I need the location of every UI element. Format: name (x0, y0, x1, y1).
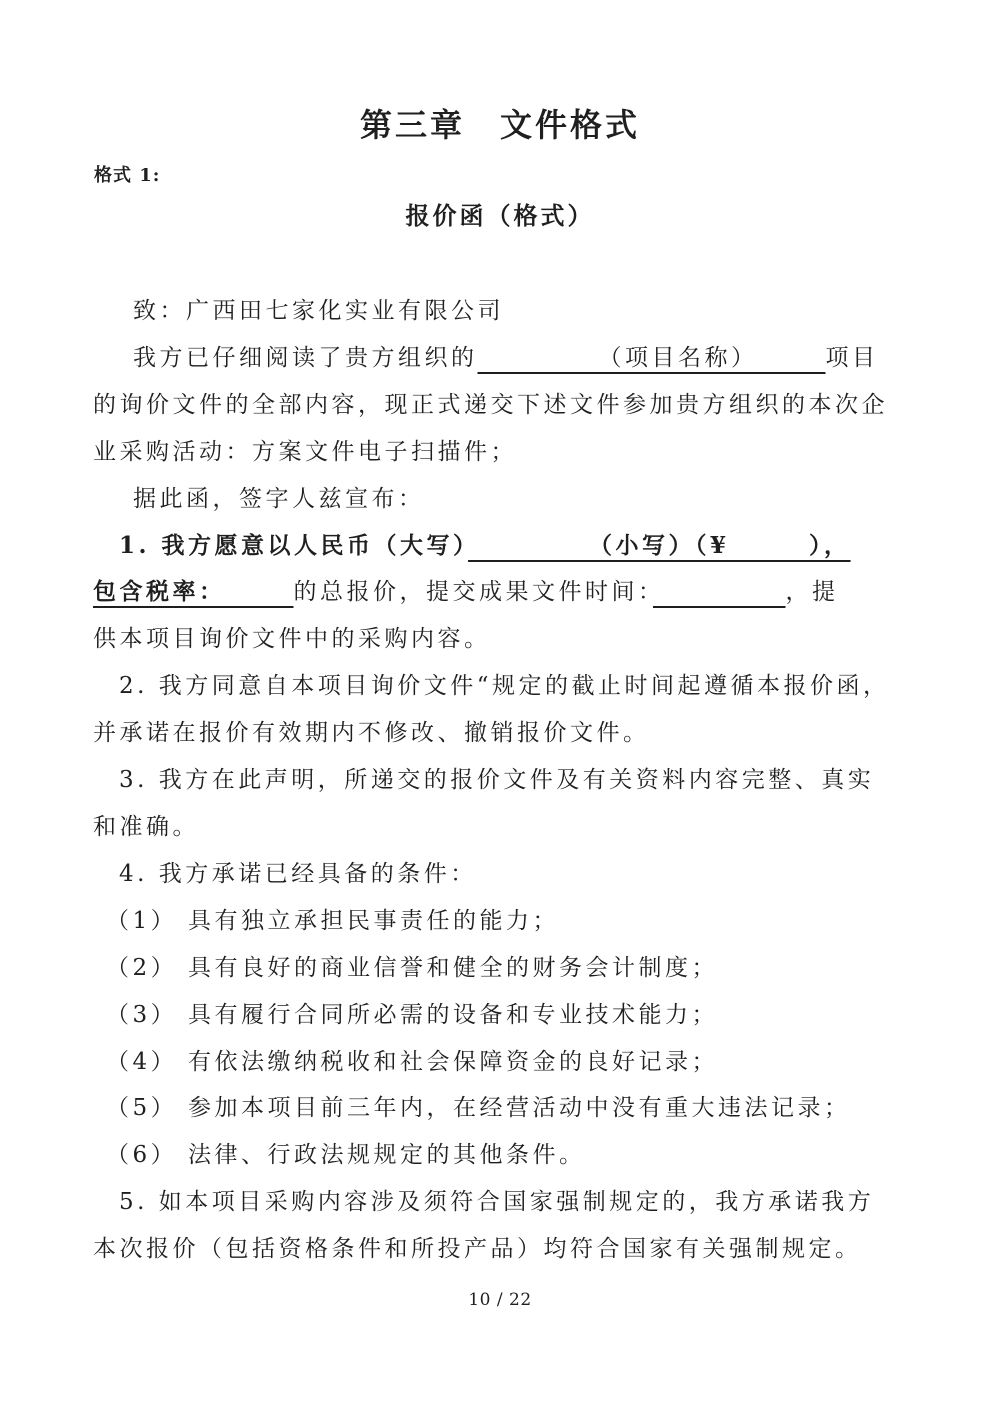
text-line: （3） 具有履行合同所必需的设备和专业技术能力； (93, 992, 913, 1039)
text-run: （1） 具有独立承担民事责任的能力； (106, 908, 559, 934)
text-line: 致：广西田七家化实业有限公司 (93, 288, 913, 335)
text-line: 4. 我方承诺已经具备的条件： (93, 851, 913, 898)
text-line: 据此函，签字人兹宣布： (93, 476, 913, 523)
text-run: （6） 法律、行政法规规定的其他条件。 (106, 1142, 585, 1168)
text-line: 和准确。 (93, 804, 913, 851)
text-line: 的询价文件的全部内容，现正式递交下述文件参加贵方组织的本次企 (93, 382, 913, 429)
text-run: （3） 具有履行合同所必需的设备和专业技术能力； (106, 1002, 718, 1028)
doc-title: 报价函（格式） (0, 196, 1000, 231)
text-run: 业采购活动：方案文件电子扫描件； (93, 439, 517, 465)
text-run: 我方已仔细阅读了贵方组织的 (133, 345, 478, 371)
text-line: （4） 有依法缴纳税收和社会保障资金的良好记录； (93, 1039, 913, 1086)
text-run: （项目名称） (478, 345, 826, 371)
text-run: 5. 如本项目采购内容涉及须符合国家强制规定的，我方承诺我方 (119, 1189, 874, 1215)
text-run: 据此函，签字人兹宣布： (133, 486, 425, 512)
text-run: 的总报价，提交成果文件时间： (294, 579, 654, 605)
fill-in-blank (653, 579, 786, 605)
text-run: （4） 有依法缴纳税收和社会保障资金的良好记录； (106, 1049, 718, 1075)
text-run: 4. 我方承诺已经具备的条件： (119, 861, 477, 887)
text-run: 本次报价（包括资格条件和所投产品）均符合国家有关强制规定。 (93, 1236, 862, 1262)
format-label: 格式 1: (94, 161, 160, 187)
text-run: （小写）（¥ ）， (468, 532, 851, 559)
text-line: 5. 如本项目采购内容涉及须符合国家强制规定的，我方承诺我方 (93, 1179, 913, 1226)
text-run: 供本项目询价文件中的采购内容。 (93, 626, 491, 652)
text-line: 并承诺在报价有效期内不修改、撤销报价文件。 (93, 710, 913, 757)
text-line: （2） 具有良好的商业信誉和健全的财务会计制度； (93, 945, 913, 992)
text-run: 包含税率： (93, 578, 294, 605)
text-run: （2） 具有良好的商业信誉和健全的财务会计制度； (106, 955, 718, 981)
text-run: 2. 我方同意自本项目询价文件“规定的截止时间起遵循本报价函， (119, 673, 890, 699)
chapter-title: 第三章 文件格式 (0, 100, 1000, 146)
text-line: （6） 法律、行政法规规定的其他条件。 (93, 1132, 913, 1179)
text-line: 业采购活动：方案文件电子扫描件； (93, 429, 913, 476)
text-line: 1. 我方愿意以人民币（大写） （小写）（¥ ）， (93, 523, 913, 570)
document-page: 第三章 文件格式 格式 1: 报价函（格式） 致：广西田七家化实业有限公司我方已… (0, 0, 1000, 1414)
text-run: 和准确。 (93, 814, 199, 840)
text-line: 3. 我方在此声明，所递交的报价文件及有关资料内容完整、真实 (93, 757, 913, 804)
page-number: 10 / 22 (0, 1290, 1000, 1310)
text-run: （5） 参加本项目前三年内，在经营活动中没有重大违法记录； (106, 1095, 850, 1121)
text-run: 并承诺在报价有效期内不修改、撤销报价文件。 (93, 720, 650, 746)
text-line: 本次报价（包括资格条件和所投产品）均符合国家有关强制规定。 (93, 1226, 913, 1273)
text-run: ，提 (786, 579, 839, 605)
text-line: 供本项目询价文件中的采购内容。 (93, 616, 913, 663)
text-run: 的询价文件的全部内容，现正式递交下述文件参加贵方组织的本次企 (93, 392, 888, 418)
text-run: 致：广西田七家化实业有限公司 (133, 298, 504, 324)
text-run: 1. 我方愿意以人民币（大写） (119, 532, 468, 559)
text-run: 3. 我方在此声明，所递交的报价文件及有关资料内容完整、真实 (119, 767, 874, 793)
text-line: （1） 具有独立承担民事责任的能力； (93, 898, 913, 945)
text-line: 包含税率： 的总报价，提交成果文件时间： ，提 (93, 569, 913, 616)
text-run: 项目 (826, 345, 879, 371)
document-body: 致：广西田七家化实业有限公司我方已仔细阅读了贵方组织的 （项目名称） 项目的询价… (93, 288, 913, 1273)
text-line: （5） 参加本项目前三年内，在经营活动中没有重大违法记录； (93, 1085, 913, 1132)
text-line: 我方已仔细阅读了贵方组织的 （项目名称） 项目 (93, 335, 913, 382)
text-line: 2. 我方同意自本项目询价文件“规定的截止时间起遵循本报价函， (93, 663, 913, 710)
